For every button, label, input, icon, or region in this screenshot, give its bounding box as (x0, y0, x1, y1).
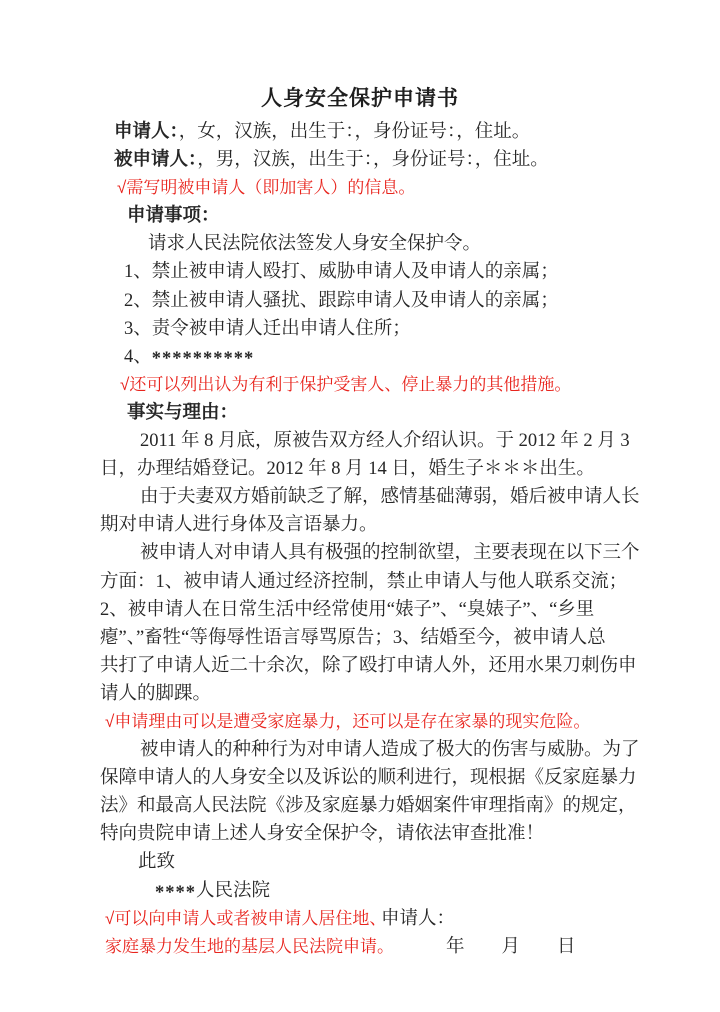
court-name-placeholder-stars: **** (155, 883, 196, 903)
request-item-3: 3、责令被申请人迁出申请人住所； (100, 315, 622, 343)
facts-line: 期对申请人进行身体及言语暴力。 (100, 511, 622, 539)
annotation-signature-row-1: √可以向申请人或者被申请人居住地、申请人： (100, 905, 622, 933)
request-item-4-number: 4、 (124, 347, 152, 367)
request-item-1: 1、禁止被申请人殴打、威胁申请人及申请人的亲属； (100, 258, 622, 286)
date-line: 年 月 日 (446, 933, 576, 961)
request-intro: 请求人民法院依法签发人身安全保护令。 (100, 230, 622, 258)
annotation-note-1: √需写明被申请人（即加害人）的信息。 (100, 174, 622, 202)
applicant-info: ，女，汉族，出生于：，身份证号：，住址。 (179, 122, 531, 142)
facts-line: 请人的脚踝。 (100, 680, 622, 708)
respondent-label: 被申请人： (114, 150, 197, 170)
closing-line: 法》和最高人民法院《涉及家庭暴力婚姻案件审理指南》的规定， (100, 792, 622, 820)
facts-line: 日，办理结婚登记。2012 年 8 月 14 日，婚生子＊＊＊出生。 (100, 455, 622, 483)
closing-line: 特向贵院申请上述人身安全保护令，请依法审查批准！ (100, 820, 622, 848)
annotation-signature-row-2: 家庭暴力发生地的基层人民法院申请。年 月 日 (100, 933, 622, 961)
facts-line: 瘪”、”畜牲“等侮辱性语言辱骂原告；3、结婚至今，被申请人总 (100, 624, 622, 652)
request-item-4-placeholder-stars: ********** (152, 349, 255, 369)
facts-line: 被申请人对申请人具有极强的控制欲望，主要表现在以下三个 (100, 539, 622, 567)
request-item-4: 4、********** (100, 343, 622, 371)
document-title: 人身安全保护申请书 (0, 82, 720, 112)
facts-line: 共打了申请人近二十余次，除了殴打申请人外，还用水果刀刺伤申 (100, 652, 622, 680)
facts-line: 方面：1、被申请人通过经济控制，禁止申请人与他人联系交流； (100, 568, 622, 596)
request-section-heading: 申请事项： (100, 202, 622, 230)
applicant-label: 申请人： (114, 122, 179, 142)
annotation-note-2: √还可以列出认为有利于保护受害人、停止暴力的其他措施。 (100, 371, 622, 399)
applicant-line: 申请人：，女，汉族，出生于：，身份证号：，住址。 (100, 118, 622, 146)
document-body: 申请人：，女，汉族，出生于：，身份证号：，住址。 被申请人：，男，汉族，出生于：… (100, 118, 622, 961)
court-line: ****人民法院 (100, 877, 622, 905)
annotation-note-4-line-1: √可以向申请人或者被申请人居住地、 (100, 909, 386, 928)
facts-line: 2、被申请人在日常生活中经常使用“婊子”、“臭婊子”、“乡里 (100, 596, 622, 624)
annotation-note-3: √申请理由可以是遭受家庭暴力，还可以是存在家暴的现实危险。 (100, 708, 622, 736)
closing-line: 保障申请人的人身安全以及诉讼的顺利进行，现根据《反家庭暴力 (100, 764, 622, 792)
respondent-line: 被申请人：，男，汉族，出生于：，身份证号：，住址。 (100, 146, 622, 174)
annotation-note-4-line-2: 家庭暴力发生地的基层人民法院申请。 (100, 937, 394, 956)
court-name: 人民法院 (196, 881, 270, 901)
facts-line: 2011 年 8 月底，原被告双方经人介绍认识。于 2012 年 2 月 3 (100, 427, 622, 455)
salute-line: 此致 (100, 848, 622, 876)
document-page: 人身安全保护申请书 申请人：，女，汉族，出生于：，身份证号：，住址。 被申请人：… (0, 0, 720, 1012)
signature-label: 申请人： (381, 905, 455, 933)
facts-section-heading: 事实与理由： (100, 399, 622, 427)
request-item-2: 2、禁止被申请人骚扰、跟踪申请人及申请人的亲属； (100, 287, 622, 315)
facts-line: 由于夫妻双方婚前缺乏了解，感情基础薄弱，婚后被申请人长 (100, 483, 622, 511)
respondent-info: ，男，汉族，出生于：，身份证号：，住址。 (197, 150, 549, 170)
closing-line: 被申请人的种种行为对申请人造成了极大的伤害与威胁。为了 (100, 736, 622, 764)
